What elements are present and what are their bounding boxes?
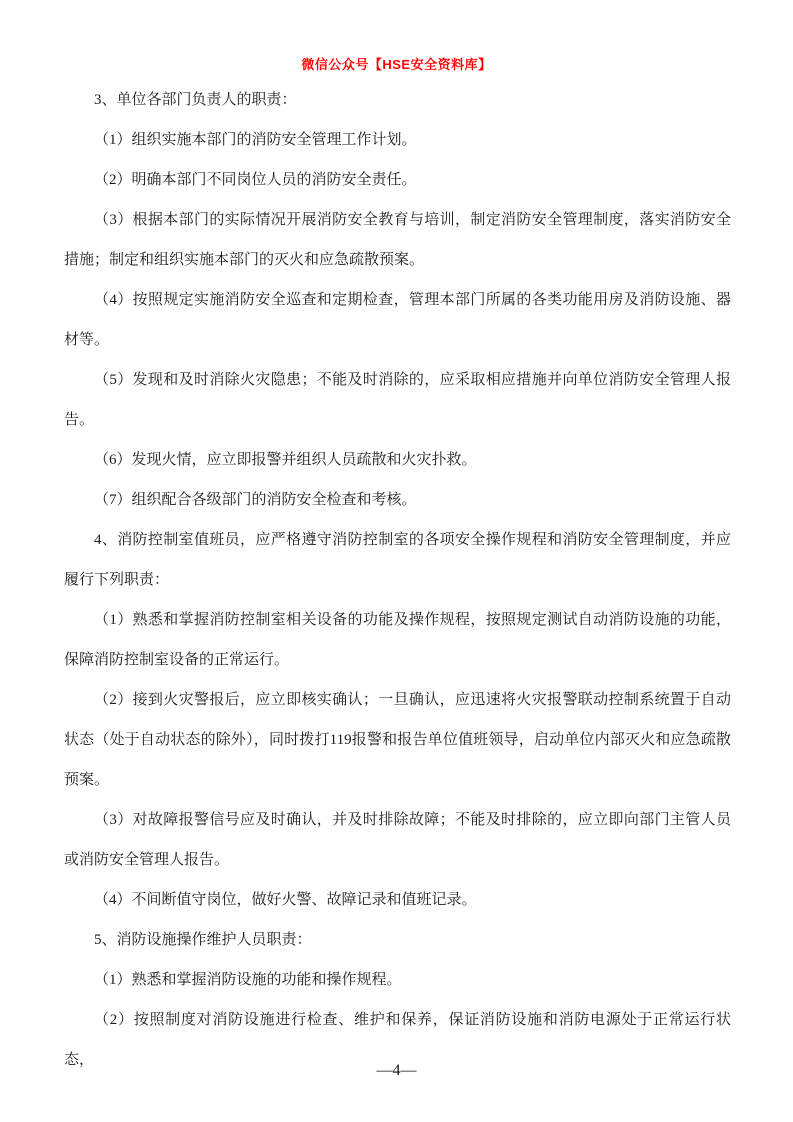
paragraph: （4）按照规定实施消防安全巡查和定期检查，管理本部门所属的各类功能用房及消防设施… — [64, 280, 731, 360]
paragraph: （7）组织配合各级部门的消防安全检查和考核。 — [64, 480, 731, 520]
paragraph: （2）明确本部门不同岗位人员的消防安全责任。 — [64, 160, 731, 200]
document-page: 微信公众号【HSE安全资料库】 3、单位各部门负责人的职责：（1）组织实施本部门… — [0, 0, 793, 1122]
paragraph: （5）发现和及时消除火灾隐患；不能及时消除的，应采取相应措施并向单位消防安全管理… — [64, 360, 731, 440]
paragraph: （3）根据本部门的实际情况开展消防安全教育与培训，制定消防安全管理制度，落实消防… — [64, 200, 731, 280]
paragraph: （1）熟悉和掌握消防控制室相关设备的功能及操作规程，按照规定测试自动消防设施的功… — [64, 600, 731, 680]
paragraph: （2）接到火灾警报后，应立即核实确认；一旦确认，应迅速将火灾报警联动控制系统置于… — [64, 680, 731, 800]
paragraph: 3、单位各部门负责人的职责： — [64, 80, 731, 120]
paragraph: （1）熟悉和掌握消防设施的功能和操作规程。 — [64, 960, 731, 1000]
paragraph: （1）组织实施本部门的消防安全管理工作计划。 — [64, 120, 731, 160]
paragraph: 5、消防设施操作维护人员职责： — [64, 920, 731, 960]
page-number: —4— — [0, 1062, 793, 1080]
paragraph: （4）不间断值守岗位，做好火警、故障记录和值班记录。 — [64, 880, 731, 920]
document-body: 3、单位各部门负责人的职责：（1）组织实施本部门的消防安全管理工作计划。（2）明… — [64, 80, 731, 1080]
paragraph: 4、消防控制室值班员，应严格遵守消防控制室的各项安全操作规程和消防安全管理制度，… — [64, 520, 731, 600]
paragraph: （3）对故障报警信号应及时确认，并及时排除故障；不能及时排除的，应立即向部门主管… — [64, 800, 731, 880]
watermark-header: 微信公众号【HSE安全资料库】 — [0, 54, 793, 73]
paragraph: （6）发现火情，应立即报警并组织人员疏散和火灾扑救。 — [64, 440, 731, 480]
